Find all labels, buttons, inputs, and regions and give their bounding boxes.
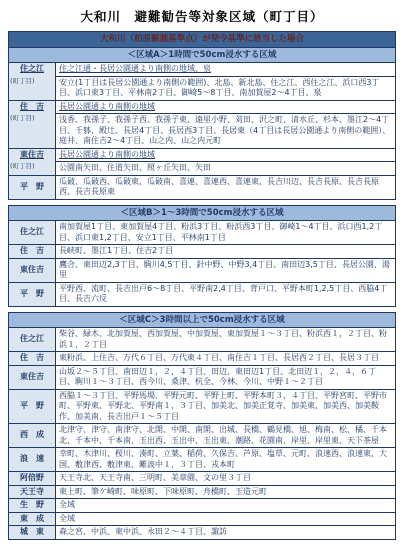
ward-label-cell: 浪 速 [9,448,56,472]
area-row: 生 野全域 [9,499,396,513]
ward-label-cell: 平 野 [9,389,56,424]
ward-label-cell: 住 吉(町丁目) [9,100,56,148]
ward-name: 東住吉 [10,265,54,276]
area-summary: 住之江通・長居公園通より南側の地域、泉 [59,64,211,73]
ward-name: 平 野 [10,289,54,300]
section-c-header-row: ＜区域C＞3時間以上で50cm浸水する区域 [9,312,396,328]
area-summary: 長居公園通より南側の地域 [59,102,155,111]
ward-label-cell: 城 東 [9,526,56,540]
ward-label-cell: 東住吉 [9,258,56,282]
ward-label-cell: 住 吉 [9,352,56,366]
ward-label-cell: 阿倍野 [9,472,56,486]
area-row: 住之江南加賀屋1丁目、東加賀屋4丁目、粉浜3丁目、粉浜西3丁目、御崎1～4丁目、… [9,221,396,245]
ward-name: 浪 速 [10,454,54,465]
section-a-header: ＜区域A＞1時間で50cm浸水する区域 [9,47,396,63]
area-summary-cell: 長居公園通より南側の地域 [56,148,396,162]
main-header-bar: 大和川（柏原観測基準点）が発令基準に該当した場合 [9,32,396,48]
ward-note: (町丁目) [10,76,54,87]
area-row: 天王寺東上町、筆ケ崎町、味原町、下味原町、舟橋町、玉造元町 [9,485,396,499]
area-summary: 長居公園通より南側の地域 [59,150,155,159]
area-detail: 東上町、筆ケ崎町、味原町、下味原町、舟橋町、玉造元町 [56,485,396,499]
area-row: 住 吉東粉浜、上住吉、万代６丁目、万代東４丁目、南住吉１丁目、長居西２丁目、長居… [9,352,396,366]
area-row: 住之江柴谷、緑木、北加賀屋、西加賀屋、中加賀屋、東加賀屋１～３丁目、粉浜西１，２… [9,328,396,352]
area-detail: 瓜破、瓜破西、瓜破東、瓜破南、喜連、喜連西、喜連東、長吉川辺、長吉長原、長吉長原… [56,175,396,199]
ward-name: 阿倍野 [10,473,54,484]
ward-label-cell: 平 野 [9,175,56,199]
page: 大和川 避難勧告等対象区域（町丁目） 大和川（柏原観測基準点）が発令基準に該当し… [0,0,404,555]
area-row: 平 野西脇１～３丁目、平野馬場、平野元町、平野上町、平野本町３，４丁目、平野宮町… [9,389,396,424]
area-row: 東住吉山坂２～５丁目、南田辺１，２，４丁目、田辺、東田辺1丁目、北田辺１，２，４… [9,365,396,389]
ward-name: 平 野 [10,401,54,412]
area-detail: 東粉浜、上住吉、万代６丁目、万代東４丁目、南住吉１丁目、長居西２丁目、長居３丁目 [56,352,396,366]
area-detail: 平野西、流町、長吉出戸6～8丁目、平野南2,4丁目、背戸口、平野本町1,2,5丁… [56,282,396,306]
ward-label-cell: 平 野 [9,282,56,306]
area-detail: 幸町、木津川、桜川、湊町、立葉、稲荷、久保吉、芦原、塩草、元町、浪速西、浪速東、… [56,448,396,472]
ward-label-cell: 東 成 [9,512,56,526]
ward-name: 住之江 [10,227,54,238]
area-row: 東住吉鷹合、東田辺2,3丁目、駒川4,5丁目、針中野、中野3,4丁目、南田辺3,… [9,258,396,282]
section-b-header-row: ＜区域B＞1～3時間で50cm浸水する区域 [9,205,396,221]
ward-label-cell: 天王寺 [9,485,56,499]
ward-note: (町丁目) [10,113,54,124]
area-row: 城 東森之宮、中浜、東中浜、永田２～４丁目、諏訪 [9,526,396,540]
ward-name: 天王寺 [10,487,54,498]
ward-name: 東住吉 [10,372,54,383]
ward-name: 東住吉 [10,150,54,161]
area-detail: 西脇１～３丁目、平野馬場、平野元町、平野上町、平野本町３，４丁目、平野宮町、平野… [56,389,396,424]
section-c-header: ＜区域C＞3時間以上で50cm浸水する区域 [9,312,396,328]
area-row: 平 野平野西、流町、長吉出戸6～8丁目、平野南2,4丁目、背戸口、平野本町1,2… [9,282,396,306]
area-summary-cell: 長居公園通より南側の地域 [56,100,396,114]
area-detail: 山坂２～５丁目、南田辺１，２，４丁目、田辺、東田辺1丁目、北田辺１，２，４，６丁… [56,365,396,389]
area-detail: 鷹合、東田辺2,3丁目、駒川4,5丁目、針中野、中野3,4丁目、南田辺3,5丁目… [56,258,396,282]
area-detail: 天王寺北、天王寺南、三明町、美章園、文の里３丁目 [56,472,396,486]
area-detail: 全域 [56,512,396,526]
section-a-header-row: ＜区域A＞1時間で50cm浸水する区域 [9,47,396,63]
main-header-row: 大和川（柏原観測基準点）が発令基準に該当した場合 [9,32,396,48]
area-row: 西 成北津守、津守、南津守、北開、中開、南開、出城、長橋、鶴見橋、旭、梅南、松、… [9,424,396,448]
area-detail: 安立(1丁目は長居公園通より南側の範囲)、北島、新北島、住之江、西住之江、浜口西… [56,76,396,100]
area-detail-row: 安立(1丁目は長居公園通より南側の範囲)、北島、新北島、住之江、西住之江、浜口西… [9,76,396,100]
area-detail: 浅香、我孫子、我孫子西、我孫子東、遠里小野、苅田、沢之町、清水丘、杉本、墨江2～… [56,114,396,149]
area-detail: 全域 [56,499,396,513]
ward-name: 住之江 [10,64,54,75]
area-detail: 長峡町、墨江1丁目、住吉2丁目 [56,245,396,259]
ward-label-cell: 住 吉 [9,245,56,259]
ward-note: (町丁目) [10,161,54,172]
area-row: 阿倍野天王寺北、天王寺南、三明町、美章園、文の里３丁目 [9,472,396,486]
ward-name: 住 吉 [10,353,54,364]
ward-name: 平 野 [10,182,54,193]
area-detail: 森之宮、中浜、東中浜、永田２～４丁目、諏訪 [56,526,396,540]
area-detail: 南加賀屋1丁目、東加賀屋4丁目、粉浜3丁目、粉浜西3丁目、御崎1～4丁目、浜口西… [56,221,396,245]
area-detail: 北津守、津守、南津守、北開、中開、南開、出城、長橋、鶴見橋、旭、梅南、松、橘、千… [56,424,396,448]
area-detail: 公園南矢田、住道矢田、照ヶ丘矢田、矢田 [56,162,396,176]
area-heading-row: 東住吉(町丁目)長居公園通より南側の地域 [9,148,396,162]
section-b-table: ＜区域B＞1～3時間で50cm浸水する区域 住之江南加賀屋1丁目、東加賀屋4丁目… [8,205,396,307]
area-summary-cell: 住之江通・長居公園通より南側の地域、泉 [56,63,396,77]
ward-name: 東 成 [10,514,54,525]
area-heading-row: 住之江(町丁目)住之江通・長居公園通より南側の地域、泉 [9,63,396,77]
area-row: 平 野瓜破、瓜破西、瓜破東、瓜破南、喜連、喜連西、喜連東、長吉川辺、長吉長原、長… [9,175,396,199]
ward-label-cell: 住之江 [9,328,56,352]
ward-name: 生 野 [10,500,54,511]
area-heading-row: 住 吉(町丁目)長居公園通より南側の地域 [9,100,396,114]
ward-label-cell: 住之江(町丁目) [9,63,56,101]
ward-name: 住之江 [10,334,54,345]
ward-name: 住 吉 [10,102,54,113]
area-detail-row: 浅香、我孫子、我孫子西、我孫子東、遠里小野、苅田、沢之町、清水丘、杉本、墨江2～… [9,114,396,149]
ward-label-cell: 東住吉(町丁目) [9,148,56,175]
ward-label-cell: 住之江 [9,221,56,245]
area-detail: 柴谷、緑木、北加賀屋、西加賀屋、中加賀屋、東加賀屋１～３丁目、粉浜西１，２丁目、… [56,328,396,352]
area-detail-row: 公園南矢田、住道矢田、照ヶ丘矢田、矢田 [9,162,396,176]
area-row: 浪 速幸町、木津川、桜川、湊町、立葉、稲荷、久保吉、芦原、塩草、元町、浪速西、浪… [9,448,396,472]
ward-label-cell: 東住吉 [9,365,56,389]
page-title: 大和川 避難勧告等対象区域（町丁目） [8,7,396,25]
ward-name: 城 東 [10,527,54,538]
section-c-table: ＜区域C＞3時間以上で50cm浸水する区域 住之江柴谷、緑木、北加賀屋、西加賀屋… [8,312,396,540]
area-row: 東 成全域 [9,512,396,526]
section-a-table: 大和川（柏原観測基準点）が発令基準に該当した場合 ＜区域A＞1時間で50cm浸水… [8,31,396,200]
ward-name: 住 吉 [10,246,54,257]
ward-label-cell: 西 成 [9,424,56,448]
ward-name: 西 成 [10,430,54,441]
section-b-header: ＜区域B＞1～3時間で50cm浸水する区域 [9,205,396,221]
ward-label-cell: 生 野 [9,499,56,513]
area-row: 住 吉長峡町、墨江1丁目、住吉2丁目 [9,245,396,259]
